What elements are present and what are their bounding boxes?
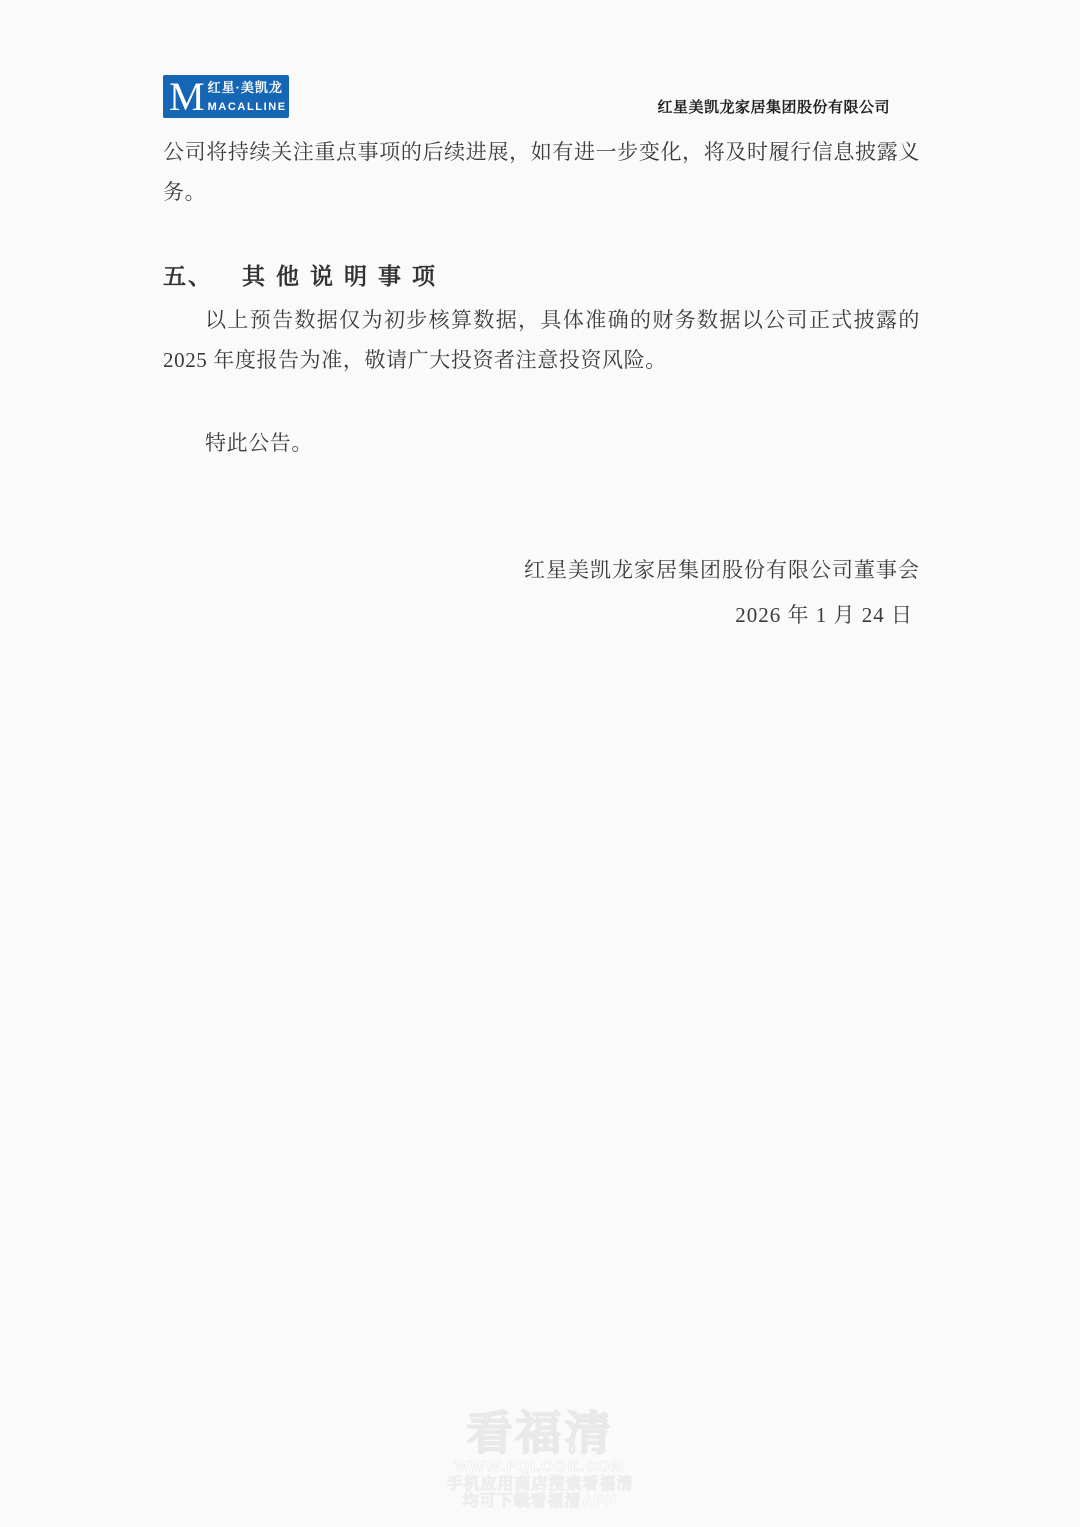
watermark-line1: 手机应用商店搜索看福清: [0, 1476, 1080, 1493]
header-company-name: 红星美凯龙家居集团股份有限公司: [657, 96, 920, 118]
logo-text-block: 红星·美凯龙 MACALLINE: [208, 79, 287, 115]
document-page: M 红星·美凯龙 MACALLINE 红星美凯龙家居集团股份有限公司 公司将持续…: [0, 0, 1080, 1527]
paragraph-continuation: 公司将持续关注重点事项的后续进展，如有进一步变化，将及时履行信息披露义务。: [163, 132, 920, 212]
logo-chinese-name: 红星·美凯龙: [208, 80, 283, 95]
logo-m-icon: M: [169, 79, 205, 115]
signature-board: 红星美凯龙家居集团股份有限公司董事会: [163, 550, 920, 590]
document-body: 公司将持续关注重点事项的后续进展，如有进一步变化，将及时履行信息披露义务。 五、…: [163, 132, 920, 635]
signature-date: 2026 年 1 月 24 日: [163, 595, 920, 635]
paragraph-disclaimer: 以上预告数据仅为初步核算数据，具体准确的财务数据以公司正式披露的 2025 年度…: [163, 300, 920, 380]
watermark-title: 看福清: [0, 1408, 1080, 1458]
section-number: 五、: [163, 257, 242, 297]
site-watermark: 看福清 WWW.FQLOOK.COM 手机应用商店搜索看福清 均可下载看福清AP…: [0, 1408, 1080, 1510]
logo-english-name: MACALLINE: [208, 101, 287, 113]
watermark-line2: 均可下载看福清APP: [0, 1493, 1080, 1510]
section-heading: 五、其他说明事项: [163, 257, 920, 297]
closing-statement: 特此公告。: [163, 423, 920, 463]
macalline-logo: M 红星·美凯龙 MACALLINE: [163, 75, 289, 118]
section-title: 其他说明事项: [242, 264, 446, 289]
page-header: M 红星·美凯龙 MACALLINE 红星美凯龙家居集团股份有限公司: [163, 75, 920, 118]
watermark-url: WWW.FQLOOK.COM: [0, 1458, 1080, 1476]
